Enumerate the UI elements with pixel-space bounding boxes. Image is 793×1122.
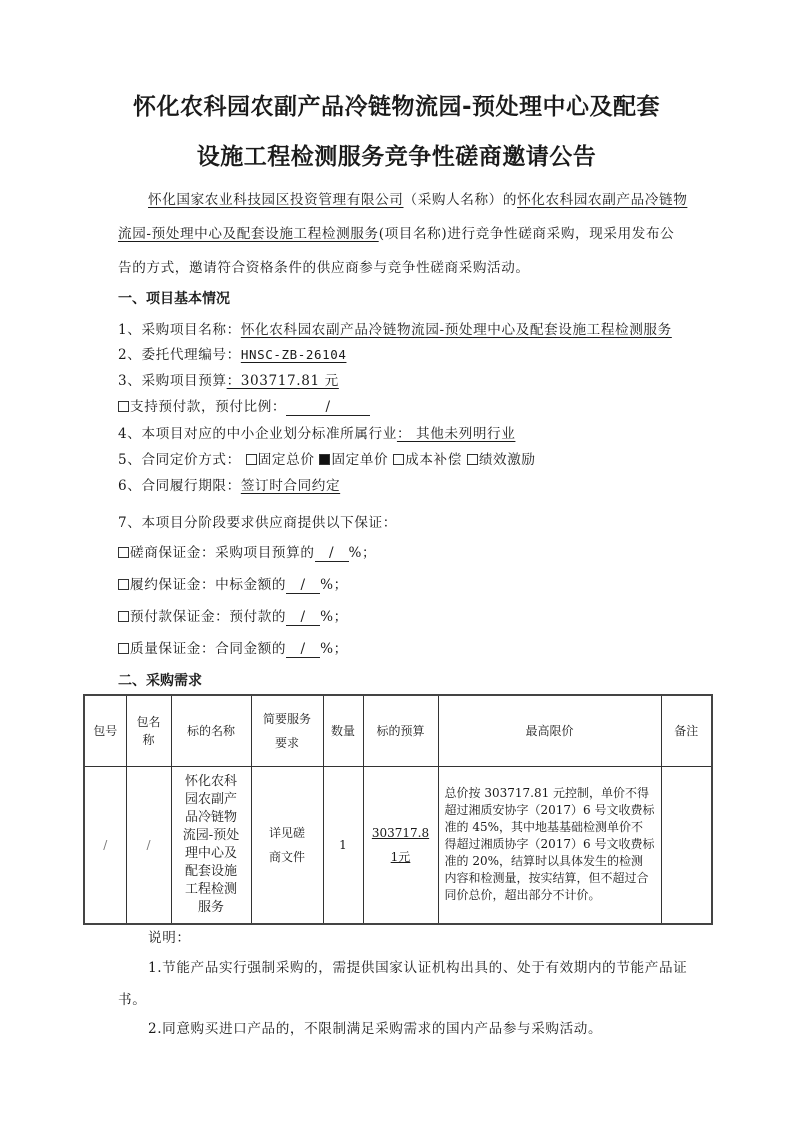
purchaser-name: 怀化国家农业科技园区投资管理有限公司 bbox=[148, 192, 404, 208]
note-1-cont: 书。 bbox=[118, 988, 146, 1008]
header-package-no: 包号 bbox=[84, 695, 126, 766]
table-header-row: 包号 包名称 标的名称 简要服务要求 数量 标的预算 最高限价 备注 bbox=[84, 695, 712, 766]
cell-remark bbox=[661, 766, 712, 924]
checkbox-icon bbox=[393, 454, 404, 465]
checkbox-icon[interactable] bbox=[118, 579, 129, 590]
item-budget: 3、采购项目预算：303717.81 元 bbox=[118, 369, 339, 389]
guarantee-quality: 质量保证金：合同金额的/%； bbox=[118, 637, 348, 658]
item-project-name: 1、采购项目名称：怀化农科园农副产品冷链物流园-预处理中心及配套设施工程检测服务 bbox=[118, 318, 672, 338]
guarantee-prepayment: 预付款保证金：预付款的/%； bbox=[118, 605, 348, 626]
item-prepayment: 支持预付款，预付比例：/ bbox=[118, 395, 370, 416]
guarantee-performance: 履约保证金：中标金额的/%； bbox=[118, 573, 348, 594]
cell-service-req: 详见磋商文件 bbox=[251, 766, 323, 924]
notes-heading: 说明： bbox=[148, 926, 191, 946]
page-title-line2: 设施工程检测服务竞争性磋商邀请公告 bbox=[0, 138, 793, 171]
project-name-part2: 流园-预处理中心及配套设施工程检测服务 bbox=[118, 226, 379, 242]
cell-package-no: / bbox=[84, 766, 126, 924]
note-2: 2.同意购买进口产品的，不限制满足采购需求的国内产品参与采购活动。 bbox=[148, 1017, 602, 1037]
header-subject-name: 标的名称 bbox=[171, 695, 251, 766]
cell-budget: 303717.81元 bbox=[363, 766, 438, 924]
header-package-name: 包名称 bbox=[126, 695, 171, 766]
checkbox-icon bbox=[246, 454, 257, 465]
cell-package-name: / bbox=[126, 766, 171, 924]
item-guarantees: 7、本项目分阶段要求供应商提供以下保证： bbox=[118, 511, 397, 531]
prepay-checkbox[interactable] bbox=[118, 401, 129, 412]
item-agency-code: 2、委托代理编号：HNSC-ZB-26104 bbox=[118, 343, 346, 363]
intro-line3: 告的方式，邀请符合资格条件的供应商参与竞争性磋商采购活动。 bbox=[118, 256, 530, 276]
item-pricing-method: 5、合同定价方式： 固定总价 固定单价 成本补偿 绩效激励 bbox=[118, 448, 536, 468]
cell-quantity: 1 bbox=[323, 766, 363, 924]
header-quantity: 数量 bbox=[323, 695, 363, 766]
checkbox-icon bbox=[467, 454, 478, 465]
header-max-price: 最高限价 bbox=[438, 695, 661, 766]
checkbox-icon[interactable] bbox=[118, 611, 129, 622]
note-1: 1.节能产品实行强制采购的，需提供国家认证机构出具的、处于有效期内的节能产品证 bbox=[148, 956, 687, 976]
guarantee-consultation: 磋商保证金：采购项目预算的/%； bbox=[118, 541, 376, 562]
item-industry: 4、本项目对应的中小企业划分标准所属行业： 其他未列明行业 bbox=[118, 422, 515, 442]
table-row: / / 怀化农科园农副产品冷链物流园-预处理中心及配套设施工程检测服务 详见磋商… bbox=[84, 766, 712, 924]
cell-subject-name: 怀化农科园农副产品冷链物流园-预处理中心及配套设施工程检测服务 bbox=[171, 766, 251, 924]
pricing-option-fixed-unit[interactable]: 固定单价 bbox=[319, 452, 388, 468]
header-remark: 备注 bbox=[661, 695, 712, 766]
pricing-option-performance[interactable]: 绩效激励 bbox=[467, 452, 536, 468]
procurement-table: 包号 包名称 标的名称 简要服务要求 数量 标的预算 最高限价 备注 / / 怀… bbox=[83, 694, 713, 925]
section1-heading: 一、项目基本情况 bbox=[118, 288, 230, 308]
checkbox-checked-icon bbox=[319, 454, 330, 465]
item-contract-period: 6、合同履行期限：签订时合同约定 bbox=[118, 474, 340, 494]
section2-heading: 二、采购需求 bbox=[118, 670, 202, 690]
pricing-option-cost-compensation[interactable]: 成本补偿 bbox=[393, 452, 462, 468]
intro-line1: 怀化国家农业科技园区投资管理有限公司（采购人名称）的怀化农科园农副产品冷链物 bbox=[148, 188, 687, 208]
pricing-option-fixed-total[interactable]: 固定总价 bbox=[246, 452, 315, 468]
header-service-req: 简要服务要求 bbox=[251, 695, 323, 766]
checkbox-icon[interactable] bbox=[118, 547, 129, 558]
checkbox-icon[interactable] bbox=[118, 643, 129, 654]
intro-line2: 流园-预处理中心及配套设施工程检测服务(项目名称)进行竞争性磋商采购，现采用发布… bbox=[118, 222, 674, 242]
page-title-line1: 怀化农科园农副产品冷链物流园-预处理中心及配套 bbox=[0, 88, 793, 121]
cell-max-price: 总价按 303717.81 元控制，单价不得超过湘质安协字（2017）6 号文收… bbox=[438, 766, 661, 924]
project-name-part1: 怀化农科园农副产品冷链物 bbox=[517, 192, 687, 208]
header-budget: 标的预算 bbox=[363, 695, 438, 766]
